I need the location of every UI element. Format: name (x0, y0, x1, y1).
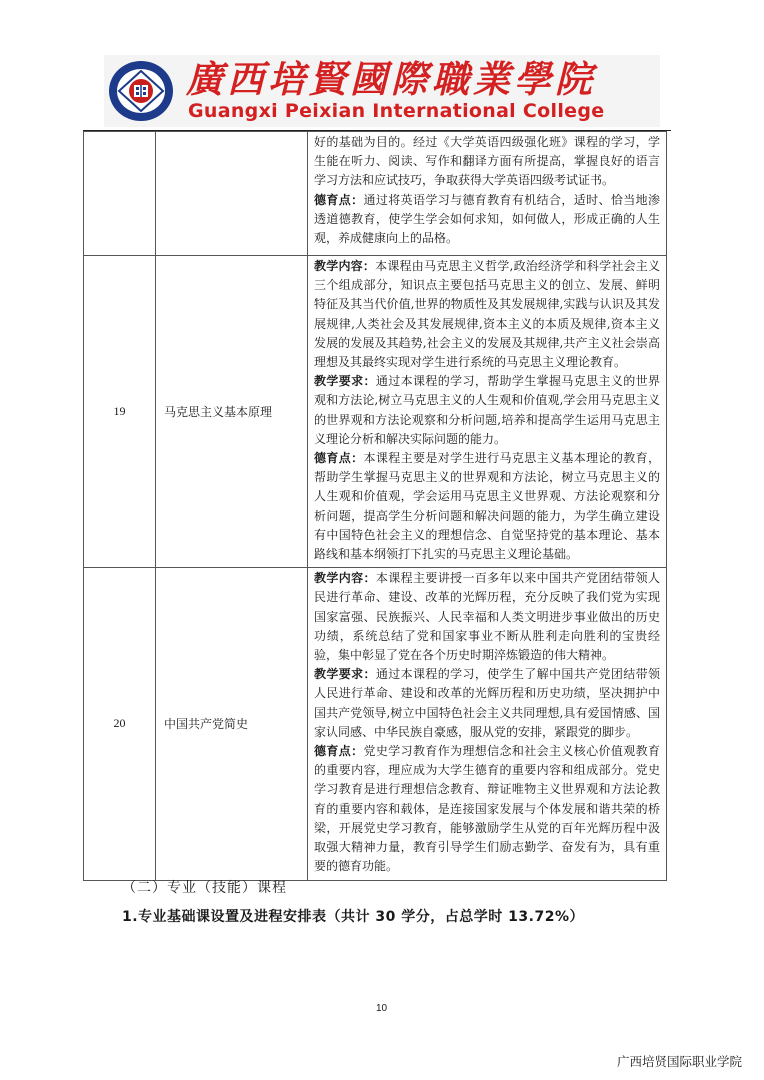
description-paragraph: 教学内容：本课程主要讲授一百多年以来中国共产党团结带领人民进行革命、建设、改革的… (314, 569, 660, 665)
course-number (84, 132, 156, 256)
course-name: 中国共产党简史 (156, 568, 308, 880)
moral-education-label: 德育点： (314, 744, 363, 758)
description-paragraph: 教学内容：本课程由马克思主义哲学,政治经济学和科学社会主义三个组成部分，知识点主… (314, 257, 660, 372)
section-title: （二）专业（技能）课程 (122, 877, 287, 897)
course-name (156, 132, 308, 256)
description-paragraph: 教学要求：通过本课程的学习，帮助学生掌握马克思主义的世界观和方法论,树立马克思主… (314, 372, 660, 449)
college-name-english: Guangxi Peixian International College (188, 99, 604, 123)
teaching-content-label: 教学内容： (314, 259, 375, 273)
college-emblem-icon (108, 59, 174, 123)
teaching-requirements-label: 教学要求： (314, 667, 376, 681)
teaching-content-label: 教学内容： (314, 571, 376, 585)
subsection-title: 1.专业基础课设置及进程安排表（共计 30 学分，占总学时 13.72%） (122, 906, 584, 926)
college-header-banner: 廣西培賢國際職業學院 Guangxi Peixian International… (104, 55, 660, 127)
course-description: 好的基础为目的。经过《大学英语四级强化班》课程的学习，学生能在听力、阅读、写作和… (308, 132, 667, 256)
teaching-requirements-label: 教学要求： (314, 374, 376, 388)
footer-college-name: 广西培贤国际职业学院 (617, 1052, 742, 1070)
table-row: 好的基础为目的。经过《大学英语四级强化班》课程的学习，学生能在听力、阅读、写作和… (84, 132, 667, 256)
description-paragraph: 德育点：本课程主要是对学生进行马克思主义基本理论的教育，帮助学生掌握马克思主义的… (314, 449, 660, 564)
description-paragraph: 好的基础为目的。经过《大学英语四级强化班》课程的学习，学生能在听力、阅读、写作和… (314, 133, 660, 191)
course-description: 教学内容：本课程主要讲授一百多年以来中国共产党团结带领人民进行革命、建设、改革的… (308, 568, 667, 880)
moral-education-label: 德育点： (314, 451, 363, 465)
course-table: 好的基础为目的。经过《大学英语四级强化班》课程的学习，学生能在听力、阅读、写作和… (83, 131, 667, 881)
description-paragraph: 德育点：通过将英语学习与德育教育有机结合，适时、恰当地渗透道德教育，使学生学会如… (314, 191, 660, 249)
course-number: 20 (84, 568, 156, 880)
course-description: 教学内容：本课程由马克思主义哲学,政治经济学和科学社会主义三个组成部分，知识点主… (308, 256, 667, 568)
moral-education-label: 德育点： (314, 193, 363, 207)
description-paragraph: 教学要求：通过本课程的学习，使学生了解中国共产党团结带领人民进行革命、建设和改革… (314, 665, 660, 742)
table-row: 19 马克思主义基本原理 教学内容：本课程由马克思主义哲学,政治经济学和科学社会… (84, 256, 667, 568)
course-number: 19 (84, 256, 156, 568)
page-number: 10 (376, 1003, 387, 1014)
table-row: 20 中国共产党简史 教学内容：本课程主要讲授一百多年以来中国共产党团结带领人民… (84, 568, 667, 880)
description-paragraph: 德育点：党史学习教育作为理想信念和社会主义核心价值观教育的重要内容，理应成为大学… (314, 742, 660, 876)
course-name: 马克思主义基本原理 (156, 256, 308, 568)
college-name-chinese: 廣西培賢國際職業學院 (186, 57, 596, 101)
